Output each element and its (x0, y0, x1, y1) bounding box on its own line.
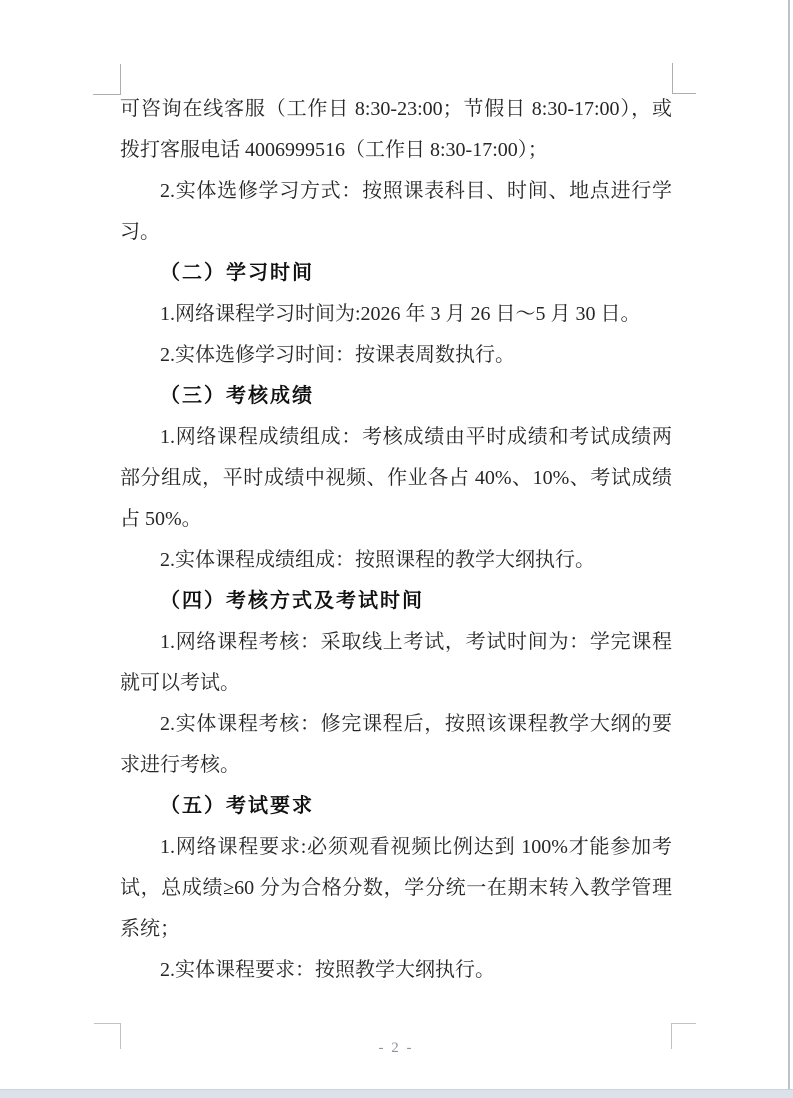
document-page: 可咨询在线客服（工作日 8:30-23:00；节假日 8:30-17:00），或… (0, 0, 793, 1098)
paragraph-offline-study-time: 2.实体选修学习时间：按课表周数执行。 (120, 335, 672, 376)
paragraph-offline-requirements: 2.实体课程要求：按照教学大纲执行。 (120, 950, 672, 991)
margin-mark-bottom-right-icon (671, 1023, 696, 1049)
section-heading-study-time: （二）学习时间 (120, 253, 672, 294)
margin-mark-bottom-left-icon (94, 1023, 121, 1049)
paragraph-online-requirements: 1.网络课程要求:必须观看视频比例达到 100%才能参加考试，总成绩≥60 分为… (120, 827, 672, 950)
margin-mark-top-right-icon (672, 63, 696, 94)
margin-mark-top-left-icon (93, 64, 121, 95)
section-heading-assessment-method: （四）考核方式及考试时间 (120, 581, 672, 622)
window-bottom-strip (0, 1089, 793, 1098)
document-body: 可咨询在线客服（工作日 8:30-23:00；节假日 8:30-17:00），或… (120, 89, 672, 991)
paragraph-customer-service: 可咨询在线客服（工作日 8:30-23:00；节假日 8:30-17:00），或… (120, 89, 672, 171)
section-heading-exam-requirements: （五）考试要求 (120, 786, 672, 827)
section-heading-assessment-score: （三）考核成绩 (120, 376, 672, 417)
paragraph-online-assessment: 1.网络课程考核：采取线上考试，考试时间为：学完课程就可以考试。 (120, 622, 672, 704)
paragraph-offline-study-method: 2.实体选修学习方式：按照课表科目、时间、地点进行学习。 (120, 171, 672, 253)
paragraph-online-study-time: 1.网络课程学习时间为:2026 年 3 月 26 日～5 月 30 日。 (120, 294, 672, 335)
paragraph-offline-assessment: 2.实体课程考核：修完课程后，按照该课程教学大纲的要求进行考核。 (120, 704, 672, 786)
page-number: - 2 - (120, 1036, 672, 1060)
paragraph-offline-score-composition: 2.实体课程成绩组成：按照课程的教学大纲执行。 (120, 540, 672, 581)
paragraph-online-score-composition: 1.网络课程成绩组成：考核成绩由平时成绩和考试成绩两部分组成，平时成绩中视频、作… (120, 417, 672, 540)
page-right-edge-line (788, 0, 790, 1089)
